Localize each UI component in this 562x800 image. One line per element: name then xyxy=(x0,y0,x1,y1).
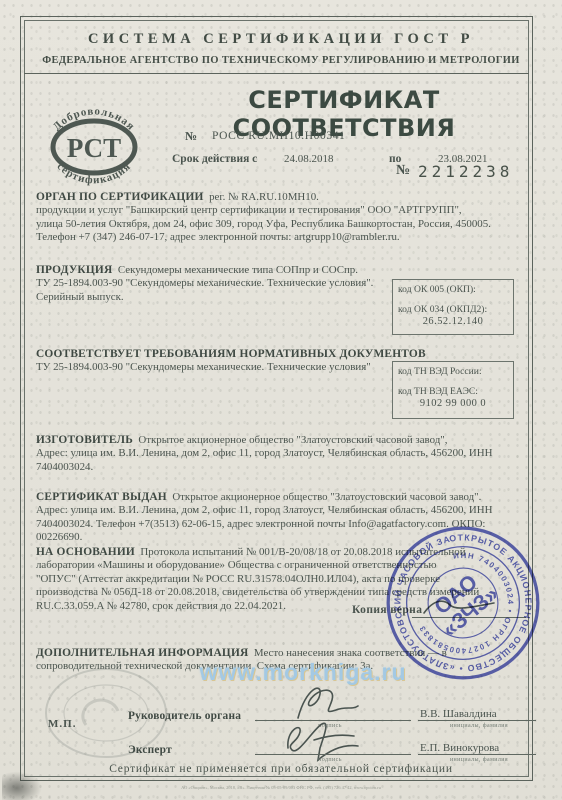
section-text: Адрес: улица им. В.И. Ленина, дом 2, офи… xyxy=(36,504,524,517)
printer-fine-print: АО «Опцион», Москва, 2018, «В». Лицензия… xyxy=(126,785,435,790)
section-label: ПРОДУКЦИЯ xyxy=(36,264,112,276)
cert-number-label: № xyxy=(185,129,197,144)
section-text: ТУ 25-1894.003-90 "Секундомеры механичес… xyxy=(36,361,388,374)
section-text: Секундомеры механические типа СОПпр и СО… xyxy=(118,264,358,276)
expert-signature-line xyxy=(255,740,411,755)
company-round-stamp-icon: ОТКРЫТОЕ АКЦИОНЕРНОЕ ОБЩЕСТВО • «ЗЛАТОУС… xyxy=(366,506,561,701)
ok-code-label: код ОК 005 (ОКП): xyxy=(398,284,508,295)
tnved-codes-box: код ТН ВЭД России: код ТН ВЭД ЕАЭС: 9102… xyxy=(392,361,514,419)
section-text: продукции и услуг "Башкирский центр серт… xyxy=(36,204,524,217)
header-divider xyxy=(24,73,529,74)
section-text: Серийный выпуск. xyxy=(36,291,388,304)
validity-from-date: 24.08.2018 xyxy=(284,153,334,165)
okpd2-code-label: код ОК 034 (ОКПД2): xyxy=(398,304,508,315)
section-label: СЕРТИФИКАТ ВЫДАН xyxy=(36,491,167,503)
scan-smudge xyxy=(2,770,44,800)
section-label: ИЗГОТОВИТЕЛЬ xyxy=(36,434,133,446)
svg-text:РСТ: РСТ xyxy=(67,133,121,163)
validity-label: Срок действия с xyxy=(172,153,257,165)
section-text: Адрес: улица им. В.И. Ленина, дом 2, офи… xyxy=(36,447,524,460)
tnved-code-value: 9102 99 000 0 xyxy=(398,398,508,409)
section-text: ТУ 25-1894.003-90 "Секундомеры механичес… xyxy=(36,277,388,290)
rst-logo-icon: Добровольная РСТ сертификация xyxy=(36,84,152,206)
cert-number: РОСС RU.МН10.Н00341 xyxy=(212,130,345,142)
section-manufacturer: ИЗГОТОВИТЕЛЬ Открытое акционерное общест… xyxy=(36,434,524,474)
head-name-line xyxy=(418,706,536,721)
section-text: Открытое акционерное общество "Златоусто… xyxy=(138,434,447,446)
tnved-russia-label: код ТН ВЭД России: xyxy=(398,366,508,377)
agency-title: ФЕДЕРАЛЬНОЕ АГЕНТСТВО ПО ТЕХНИЧЕСКОМУ РЕ… xyxy=(31,55,531,66)
section-label: ДОПОЛНИТЕЛЬНАЯ ИНФОРМАЦИЯ xyxy=(36,647,248,659)
section-label: ОРГАН ПО СЕРТИФИКАЦИИ xyxy=(36,191,204,203)
system-title: СИСТЕМА СЕРТИФИКАЦИИ ГОСТ Р xyxy=(30,31,532,48)
blank-number-label: № xyxy=(396,163,410,179)
section-text: рег. № RA.RU.10МН10. xyxy=(209,191,319,203)
name-caption: инициалы, фамилия xyxy=(420,723,538,729)
section-certification-body: ОРГАН ПО СЕРТИФИКАЦИИ рег. № RA.RU.10МН1… xyxy=(36,191,524,245)
section-text: Телефон +7 (347) 246-07-17, адрес электр… xyxy=(36,231,524,244)
ok-codes-box: код ОК 005 (ОКП): код ОК 034 (ОКПД2): 26… xyxy=(392,279,514,335)
certificate-page: СИСТЕМА СЕРТИФИКАЦИИ ГОСТ Р ФЕДЕРАЛЬНОЕ … xyxy=(0,0,562,800)
section-text: улица 50-летия Октября, дом 24, офис 309… xyxy=(36,218,524,231)
blank-number: 2212238 xyxy=(418,162,513,181)
section-text: Открытое акционерное общество "Златоусто… xyxy=(172,491,481,503)
stamp-place-label: М.П. xyxy=(48,718,76,730)
section-label: СООТВЕТСТВУЕТ ТРЕБОВАНИЯМ НОРМАТИВНЫХ ДО… xyxy=(36,348,426,360)
section-product: ПРОДУКЦИЯ Секундомеры механические типа … xyxy=(36,264,388,304)
expert-label: Эксперт xyxy=(128,744,172,756)
mandatory-certification-note: Сертификат не применяется при обязательн… xyxy=(30,763,532,775)
section-conformity: СООТВЕТСТВУЕТ ТРЕБОВАНИЯМ НОРМАТИВНЫХ ДО… xyxy=(36,348,388,375)
expert-name-line xyxy=(418,740,536,755)
okpd2-code-value: 26.52.12.140 xyxy=(398,316,508,327)
tnved-eaes-label: код ТН ВЭД ЕАЭС: xyxy=(398,386,508,397)
head-of-body-label: Руководитель органа xyxy=(128,710,241,722)
section-text: 7404003024. xyxy=(36,461,524,474)
section-label: НА ОСНОВАНИИ xyxy=(36,546,135,558)
